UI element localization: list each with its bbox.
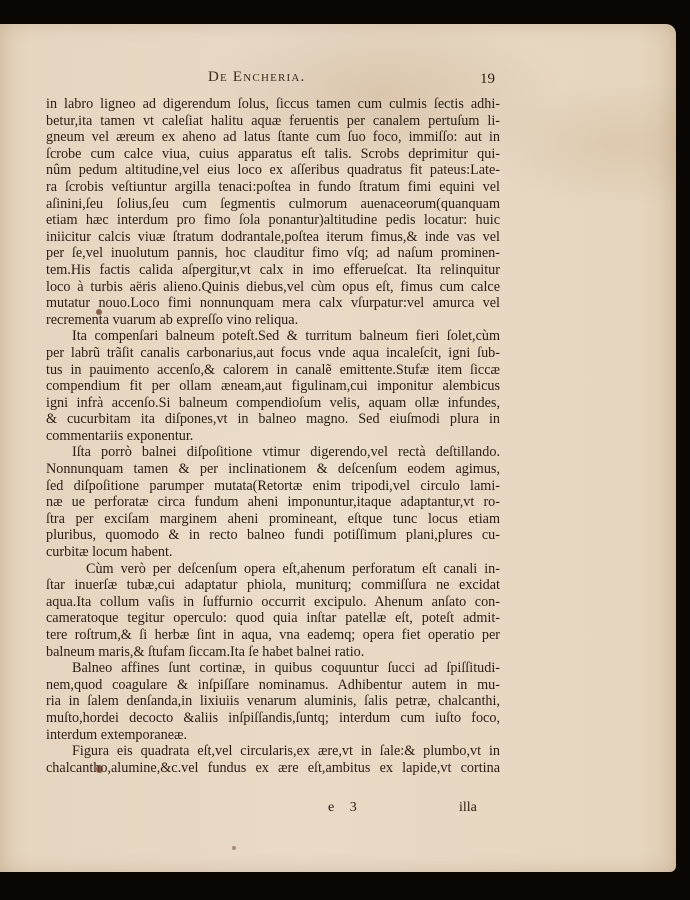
text-line: muſto,hordei decocto &aliis inſpiſſandis… [46,710,500,727]
text-line: curbitæ locum habent. [46,544,500,561]
text-line: commentariis exponentur. [46,428,500,445]
text-line: Nonnunquam tamen & per inclinationem & d… [46,461,500,478]
signature-mark: e 3 [328,800,363,816]
catchword: illa [459,800,477,816]
text-line: loco à turbis aëris alieno.Quinis diebus… [46,279,500,296]
text-line: ſed diſpoſitione parumper mutata(Retortæ… [46,478,500,495]
text-line: tem.His factis calida aſpergitur,vt calx… [46,262,500,279]
text-line: balneum maris,& ſtufam ſiccam.Ita ſe hab… [46,644,500,661]
text-line: ria in ſalem denſanda,in lixiuiis venaru… [46,693,500,710]
text-line: & cucurbitam ita diſpones,vt in balneo m… [46,411,500,428]
text-line: compendium fit per ollam æneam,aut figul… [46,378,500,395]
text-line: nem,quod coagulare & inſpiſſare nominamu… [46,677,500,694]
text-line: igni infrà accenſo.Si balneum compendioſ… [46,395,500,412]
body-text: in labro ligneo ad digerendum ſolus, ſic… [46,96,500,776]
paragraph-start: Balneo affines ſunt cortinæ, in quibus c… [46,660,500,677]
text-line: ſtar inuerſæ tubæ,cui adaptatur phiola, … [46,577,500,594]
text-line: iniicitur calcis viuæ ſtratum dodrantale… [46,229,500,246]
ink-stain [96,309,102,315]
text-line: næ ue perforatæ circa fundum aheni impon… [46,494,500,511]
ink-stain [232,846,236,850]
text-line: per ſe,vel inuolutum pannis, hoc claudit… [46,245,500,262]
text-line: cameratoque tegitur operculo: quod quia … [46,610,500,627]
running-head: De Encheria. [208,69,306,86]
text-line: nûm pedum altitudine,vel eius loco ex aſ… [46,162,500,179]
text-line: ſtra per exciſam marginem aheni prominea… [46,511,500,528]
text-line: per labrũ trãſit canalis carbonarius,aut… [46,345,500,362]
paragraph-start: Ita compenſari balneum poteſt.Sed & turr… [46,328,500,345]
paragraph-start: Iſta porrò balnei diſpoſitione vtimur di… [46,444,500,461]
text-line: chalcantho,alumine,&c.vel fundus ex ære … [46,760,500,777]
text-line: betur,ita tamen vt caleſiat halitu aquæ … [46,113,500,130]
paragraph-start: Cùm verò per deſcenſum opera eſt,ahenum … [46,561,500,578]
text-line: ſcrobe cum calce viua, cuius apparatus e… [46,146,500,163]
text-line: pluribus, quomodo & in recto balneo fund… [46,527,500,544]
text-line: interdum extemporaneæ. [46,727,500,744]
text-line: aqua.Ita collum vaſis in ſuffurnio occur… [46,594,500,611]
text-line: etiam hæc interdum pro fimo ſola ponantu… [46,212,500,229]
ink-stain [96,765,103,773]
book-page: De Encheria. 19 in labro ligneo ad diger… [0,24,676,872]
text-line: mutatur nouo.Loco fimi nonnunquam mera c… [46,295,500,312]
text-line: tere roſtrum,& ſi herbæ ſint in aqua, vn… [46,627,500,644]
text-line: aſinini,ſeu ſolius,ſeu cum ſegmentis cul… [46,196,500,213]
text-line: tus in pauimento accenſo,& calorem in ca… [46,362,500,379]
text-line: gneum vel æreum ex aheno ad latus ſtante… [46,129,500,146]
paragraph-start: Figura eis quadrata eſt,vel circularis,e… [46,743,500,760]
text-line: ra ſcrobis veſtiuntur argilla tenaci:poſ… [46,179,500,196]
text-line: recrementa vuarum ab expreſſo vino reliq… [46,312,500,329]
page-number: 19 [480,71,495,88]
text-line: in labro ligneo ad digerendum ſolus, ſic… [46,96,500,113]
